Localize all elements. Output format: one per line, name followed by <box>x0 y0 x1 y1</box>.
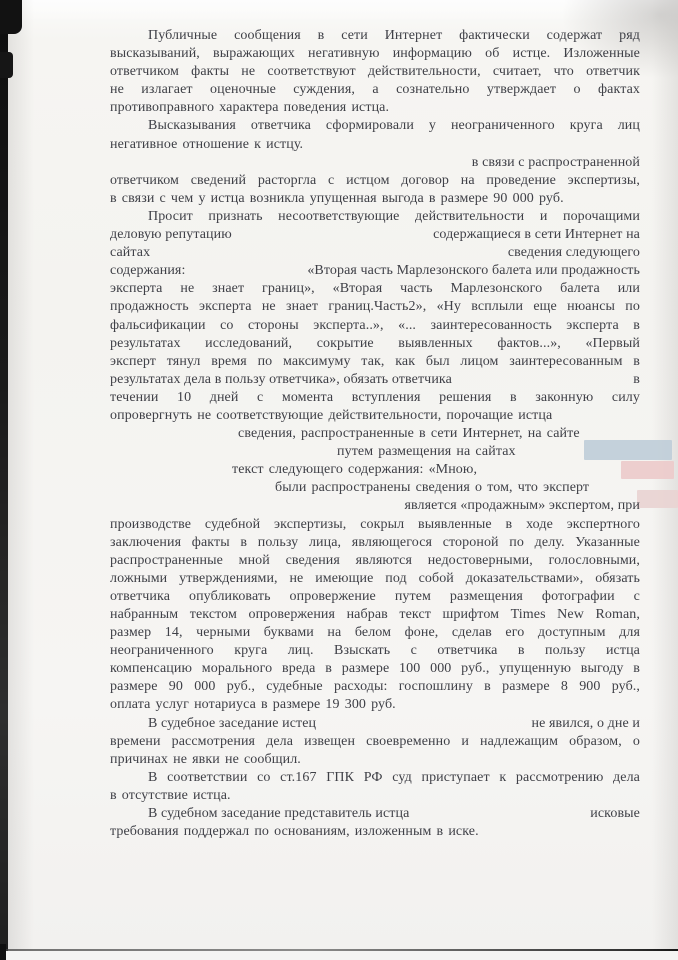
paper: Публичные сообщения в сети Интернет факт… <box>0 0 678 960</box>
scan-edge-left <box>0 0 8 952</box>
text-line: в связи с распространенной <box>110 154 640 172</box>
text-segment: ответчика опубликовать опровержение путе… <box>110 589 640 604</box>
text-line: опровергнуть не соответствующие действит… <box>110 407 640 425</box>
text-segment: не явился, о дне и <box>531 715 640 733</box>
text-segment: в <box>633 371 640 389</box>
text-segment: опровергнуть не соответствующие действит… <box>110 408 552 423</box>
text-segment: содержания: <box>110 262 185 280</box>
text-segment: сведения, распространенные в сети Интерн… <box>238 426 580 441</box>
text-line: В судебное заседание истецне явился, о д… <box>110 715 640 733</box>
text-line: оплата услуг нотариуса в размере 19 300 … <box>110 696 640 714</box>
text-segment: В судебном заседание представитель истца <box>148 805 409 823</box>
text-segment: В судебное заседание истец <box>148 715 316 733</box>
text-segment: требования поддержал по основаниям, изло… <box>110 824 479 839</box>
text-segment: неограниченного круга лиц. Взыскать с от… <box>110 643 640 658</box>
text-segment: ответчиком факты не соответствуют действ… <box>110 64 640 79</box>
text-line: заключения факты в пользу лица, являющег… <box>110 534 640 552</box>
text-line: путем размещения на сайтах <box>110 443 640 461</box>
text-segment: размер 14, черными буквами на белом фоне… <box>110 625 640 640</box>
text-segment: ответчиком сведений расторгла с истцом д… <box>110 173 640 188</box>
text-line: ответчиком сведений расторгла с истцом д… <box>110 172 640 190</box>
text-line: сведения, распространенные в сети Интерн… <box>110 425 640 443</box>
text-line: Высказывания ответчика сформировали у не… <box>110 117 640 135</box>
text-segment: деловую репутацию <box>110 226 232 244</box>
text-line: результатах исследований, сокрытие выявл… <box>110 335 640 353</box>
text-line: компенсацию морального вреда в размере 1… <box>110 660 640 678</box>
text-line: набранным текстом опровержения набрав те… <box>110 606 640 624</box>
text-segment: размере 90 000 руб., судебные расходы: г… <box>110 679 640 694</box>
text-line: высказываний, выражающих негативную инфо… <box>110 45 640 63</box>
text-line: текст следующего содержания: «Мною, <box>110 461 640 479</box>
text-segment: компенсацию морального вреда в размере 1… <box>110 661 640 676</box>
text-line: течении 10 дней с момента вступления реш… <box>110 389 640 407</box>
text-segment: ложными утверждениями, не имеющие под со… <box>110 571 640 586</box>
text-line: сайтахсведения следующего <box>110 244 640 262</box>
text-segment: результатах дела в пользу ответчика», об… <box>110 371 452 389</box>
text-segment: в отсутствие истца. <box>110 788 231 803</box>
text-line: причинах не явки не сообщил. <box>110 751 640 769</box>
text-line: Публичные сообщения в сети Интернет факт… <box>110 27 640 45</box>
text-segment: высказываний, выражающих негативную инфо… <box>110 46 640 61</box>
text-segment: сведения следующего <box>508 244 640 262</box>
text-line: неограниченного круга лиц. Взыскать с от… <box>110 642 640 660</box>
text-line: эксперт тянул время по максимуму так, ка… <box>110 353 640 371</box>
text-segment: Просит признать несоответствующие действ… <box>148 209 640 224</box>
text-segment: результатах исследований, сокрытие выявл… <box>110 336 640 351</box>
text-segment: были распространены сведения о том, что … <box>275 480 589 495</box>
text-segment: Публичные сообщения в сети Интернет факт… <box>148 28 640 43</box>
text-segment: исковые <box>590 805 640 823</box>
text-segment: набранным текстом опровержения набрав те… <box>110 607 640 622</box>
text-line: негативное отношение к истцу. <box>110 136 640 154</box>
redaction-pink-2 <box>637 490 678 508</box>
scanned-document-page: Публичные сообщения в сети Интернет факт… <box>0 0 678 960</box>
text-line: в связи с чем у истца возникла упущенная… <box>110 190 640 208</box>
text-line: были распространены сведения о том, что … <box>110 479 640 497</box>
text-segment: заключения факты в пользу лица, являющег… <box>110 535 640 550</box>
text-segment: продажность эксперта не знает границ.Час… <box>110 299 640 314</box>
text-segment: текст следующего содержания: «Мною, <box>232 462 477 477</box>
text-line: ответчиком факты не соответствуют действ… <box>110 63 640 81</box>
text-line: эксперта не знает границ», «Вторая часть… <box>110 280 640 298</box>
text-line: Просит признать несоответствующие действ… <box>110 208 640 226</box>
text-segment: эксперта не знает границ», «Вторая часть… <box>110 281 640 296</box>
text-line: требования поддержал по основаниям, изло… <box>110 823 640 841</box>
scan-bottom-corner-mark <box>0 944 6 960</box>
text-line: содержания:«Вторая часть Марлезонского б… <box>110 262 640 280</box>
text-line: производстве судебной экспертизы, сокрыл… <box>110 516 640 534</box>
text-segment: Высказывания ответчика сформировали у не… <box>148 118 640 133</box>
text-segment: эксперт тянул время по максимуму так, ка… <box>110 354 640 369</box>
text-segment: фальсификации со стороны эксперта..», «.… <box>110 318 640 333</box>
text-line: является «продажным» экспертом, при <box>110 497 640 515</box>
text-segment: распространенные мной сведения являются … <box>110 553 640 568</box>
text-line: ложными утверждениями, не имеющие под со… <box>110 570 640 588</box>
text-line: результатах дела в пользу ответчика», об… <box>110 371 640 389</box>
text-line: в отсутствие истца. <box>110 787 640 805</box>
text-segment: оплата услуг нотариуса в размере 19 300 … <box>110 697 396 712</box>
text-line: распространенные мной сведения являются … <box>110 552 640 570</box>
text-segment: в связи с распространенной <box>472 155 640 170</box>
text-segment: «Вторая часть Марлезонского балета или п… <box>307 262 640 280</box>
text-segment: В соответствии со ст.167 ГПК РФ суд прис… <box>148 770 640 785</box>
text-segment: причинах не явки не сообщил. <box>110 752 301 767</box>
text-line: противоправного характера поведения истц… <box>110 99 640 117</box>
text-line: времени рассмотрения дела извещен своевр… <box>110 733 640 751</box>
text-segment: течении 10 дней с момента вступления реш… <box>110 390 640 405</box>
text-segment: производстве судебной экспертизы, сокрыл… <box>110 517 640 532</box>
document-text: Публичные сообщения в сети Интернет факт… <box>110 27 640 841</box>
text-line: В соответствии со ст.167 ГПК РФ суд прис… <box>110 769 640 787</box>
text-line: размере 90 000 руб., судебные расходы: г… <box>110 678 640 696</box>
text-line: размер 14, черными буквами на белом фоне… <box>110 624 640 642</box>
text-segment: негативное отношение к истцу. <box>110 137 303 152</box>
text-line: ответчика опубликовать опровержение путе… <box>110 588 640 606</box>
text-line: не излагает оценочные суждения, а сознат… <box>110 81 640 99</box>
scan-edge-notch <box>0 52 13 78</box>
scan-corner-mark <box>0 0 22 34</box>
text-line: деловую репутациюсодержащиеся в сети Инт… <box>110 226 640 244</box>
text-line: фальсификации со стороны эксперта..», «.… <box>110 317 640 335</box>
text-segment: противоправного характера поведения истц… <box>110 100 389 115</box>
text-segment: содержащиеся в сети Интернет на <box>433 226 640 244</box>
text-line: В судебном заседание представитель истца… <box>110 805 640 823</box>
scan-bottom-strip <box>0 951 678 960</box>
text-segment: в связи с чем у истца возникла упущенная… <box>110 191 564 206</box>
text-segment: времени рассмотрения дела извещен своевр… <box>110 734 640 749</box>
text-segment: не излагает оценочные суждения, а сознат… <box>110 82 640 97</box>
text-line: продажность эксперта не знает границ.Час… <box>110 298 640 316</box>
text-segment: путем размещения на сайтах <box>337 444 516 459</box>
text-segment: сайтах <box>110 244 150 262</box>
text-segment: является «продажным» экспертом, при <box>404 498 640 513</box>
